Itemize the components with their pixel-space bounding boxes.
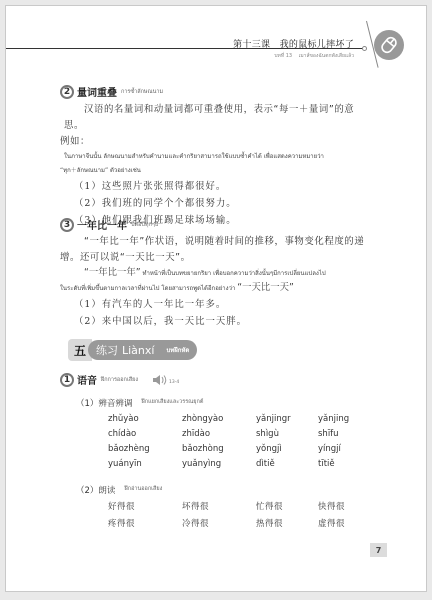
item-number: 1 [60, 373, 74, 387]
explanation-zh: 汉语的名量词和动量词都可重叠使用，表示“每一＋量词”的意思。 [64, 102, 374, 134]
reading-phrase: 坏得很 [182, 499, 256, 516]
explanation-thai-cont: ในระดับที่เพิ่มขึ้นตามกาลเวลาที่ผ่านไป โ… [60, 281, 374, 296]
example-sentence: （1）这些照片张张照得都很好。 [64, 178, 374, 195]
page-number: 7 [370, 543, 387, 557]
part2-label: （2）朗读 [76, 486, 115, 496]
reading-phrase: 疼得很 [108, 516, 182, 533]
pinyin-word: shīfu [318, 427, 378, 442]
part1-label-thai: ฝึกแยกเสียงและวรรณยุกต์ [142, 399, 204, 405]
pinyin-word: yǒngjì [256, 442, 318, 457]
exercise-title-pinyin: Liànxí [122, 344, 154, 357]
section-title-thai: การซ้ำลักษณนาม [121, 89, 163, 95]
section-number: 2 [60, 85, 74, 99]
example-sentence: （1）有汽车的人一年比一年多。 [64, 296, 374, 313]
reading-phrase: 好得很 [108, 499, 182, 516]
pinyin-word: bǎozhèng [108, 442, 182, 457]
pinyin-word: dìtiě [256, 457, 318, 472]
exercise-title-zh: 练习 [96, 342, 118, 358]
textbook-page: 第十三课 我的鼠标儿摔坏了 บทที่ 13 เมาส์ของฉันตกพังเ… [5, 5, 427, 592]
item-title-thai: ฝึกการออกเสียง [101, 376, 138, 384]
exercise-banner: 五 练习 Liànxí บทฝึกหัด [68, 339, 197, 361]
mouse-icon [374, 30, 404, 60]
explanation-thai-cont: “ทุก＋ลักษณนาม” ตัวอย่างเช่น [60, 164, 374, 178]
audio-track-number: 13-4 [169, 380, 179, 385]
pinyin-word: yuǎnyìng [182, 457, 256, 472]
explanation-zh-cont: 例如： [60, 134, 370, 150]
explanation-zh-cont: 增。还可以说“一天比一天”。 [60, 250, 370, 266]
explanation-thai: ในภาษาจีนนั้น ลักษณนามสำหรับคำนามและคำกร… [64, 150, 374, 164]
section-number: 3 [60, 218, 74, 232]
exercise-title-pill: 练习 Liànxí บทฝึกหัด [88, 340, 197, 360]
reading-phrase: 虚得很 [318, 516, 378, 533]
example-sentence: （2）我们班的同学个个都很努力。 [64, 195, 374, 212]
lesson-title: 第十三课 我的鼠标儿摔坏了 [233, 37, 354, 50]
section-measure-word-reduplication: 2量词重叠การซ้ำลักษณนาม 汉语的名量词和动量词都可重叠使用，表示“… [64, 81, 374, 229]
exercise-pronunciation: 1 语音 ฝึกการออกเสียง 13-4 （1）辨音辨调 ฝึกแยกเ… [64, 372, 378, 533]
explanation-thai: “一年比一年” ทำหน้าที่เป็นบทขยายกริยา เพื่อบอ… [64, 266, 374, 281]
pinyin-word: yuányīn [108, 457, 182, 472]
reading-phrase: 冷得很 [182, 516, 256, 533]
section-yi-nian-bi-yi-nian: 3一年比一年ปีต่อปีทุกๆปี “一年比一年”作状语，说明随着时间的推移… [64, 214, 374, 330]
pinyin-grid: zhǔyào zhòngyào yǎnjingr yǎnjing chídào … [64, 412, 378, 472]
pinyin-word: zhòngyào [182, 412, 256, 427]
pinyin-word: yǎnjingr [256, 412, 318, 427]
part2-label-thai: ฝึกอ่านออกเสียง [125, 486, 163, 492]
pinyin-word: zhīdào [182, 427, 256, 442]
quoted-term: “一年比一年” [84, 267, 141, 278]
reading-phrase: 快得很 [318, 499, 378, 516]
lesson-subtitle: บทที่ 13 เมาส์ของฉันตกพังเสียแล้ว [274, 52, 354, 60]
pinyin-word: shìgù [256, 427, 318, 442]
section-title: 一年比一年 [77, 221, 127, 232]
pinyin-word: yíngjí [318, 442, 378, 457]
quoted-term: “一天比一天” [237, 282, 294, 293]
section-title-thai: ปีต่อปีทุกๆปี [131, 222, 158, 228]
exercise-title-thai: บทฝึกหัด [166, 345, 189, 355]
pinyin-word: zhǔyào [108, 412, 182, 427]
example-sentence: （2）来中国以后，我一天比一天胖。 [64, 313, 374, 330]
header-dot [362, 46, 367, 51]
pinyin-word: chídào [108, 427, 182, 442]
reading-phrase: 忙得很 [256, 499, 318, 516]
section-title: 量词重叠 [77, 88, 117, 99]
item-title: 语音 [77, 372, 97, 387]
pinyin-word: tītiě [318, 457, 378, 472]
reading-phrase: 热得很 [256, 516, 318, 533]
explanation-zh: “一年比一年”作状语，说明随着时间的推移，事物变化程度的递 [64, 234, 374, 250]
pinyin-word: bǎozhòng [182, 442, 256, 457]
speaker-icon[interactable] [152, 374, 168, 386]
reading-grid: 好得很 坏得很 忙得很 快得很 疼得很 冷得很 热得很 虚得很 [64, 499, 378, 533]
pinyin-word: yǎnjing [318, 412, 378, 427]
part1-label: （1）辨音辨调 [76, 399, 132, 409]
